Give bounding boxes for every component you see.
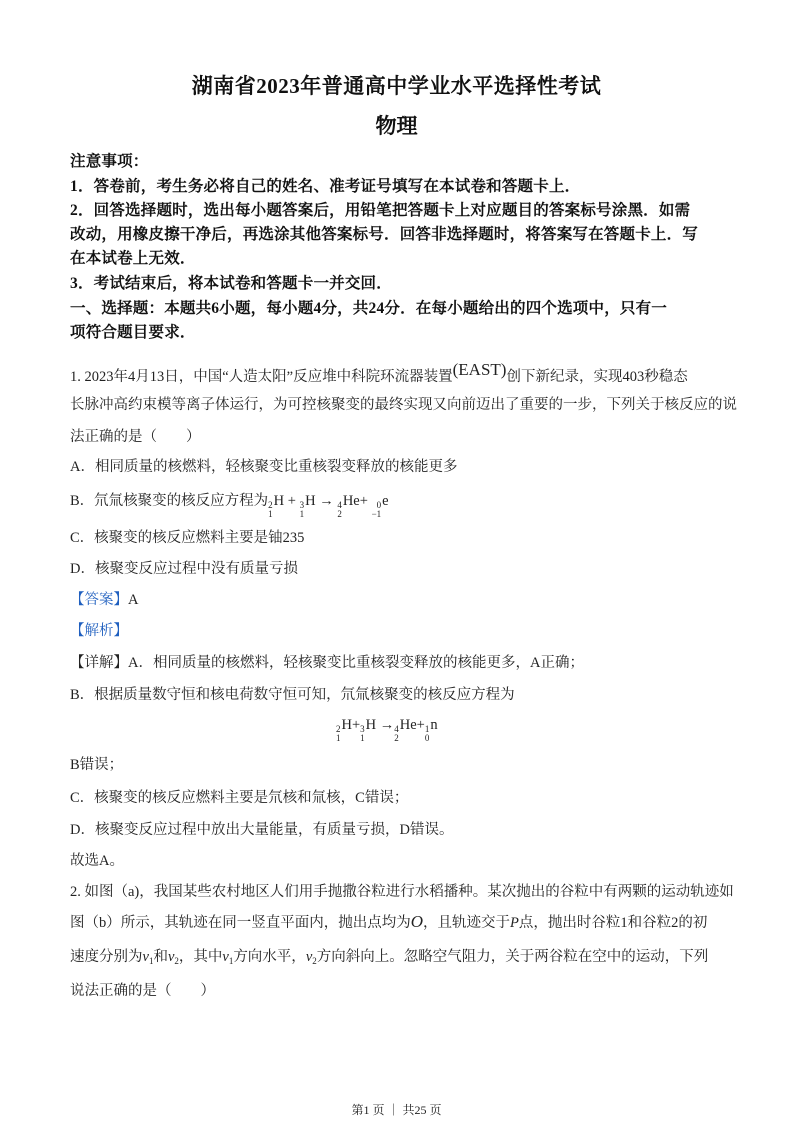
q1-option-a: A．相同质量的核燃料，轻核聚变比重核裂变释放的核能更多 bbox=[70, 455, 457, 476]
q2-line3: 速度分别为v1和v2，其中v1方向水平，v2方向斜向上。忽略空气阻力，关于两谷粒… bbox=[70, 945, 708, 966]
q1-stem-line2: 长脉冲高约束模等离子体运行，为可控核聚变的最终实现又向前迈出了重要的一步，下列关… bbox=[70, 393, 737, 414]
q1-equation: 21H+31H →42He+10n bbox=[336, 717, 438, 743]
point-p: P bbox=[510, 915, 519, 931]
nuclide-h3: 31 bbox=[300, 501, 305, 519]
nuclide-electron: 0−1 bbox=[372, 501, 382, 519]
nuclide-he4: 42 bbox=[337, 501, 342, 519]
q1-option-c: C．核聚变的核反应燃料主要是铀235 bbox=[70, 526, 304, 547]
q1-option-d: D．核聚变反应过程中没有质量亏损 bbox=[70, 557, 298, 578]
point-o: O bbox=[411, 912, 423, 931]
q1-stem-part2: 创下新纪录，实现403秒稳态 bbox=[506, 369, 687, 385]
notice-item-1: 1．答卷前，考生务必将自己的姓名、准考证号填写在本试卷和答题卡上． bbox=[70, 174, 580, 196]
q1-b-wrong: B错误； bbox=[70, 753, 123, 774]
section-heading-cont: 项符合题目要求． bbox=[70, 320, 196, 342]
q1-detail-b: B．根据质量数守恒和核电荷数守恒可知，氘氚核聚变的核反应方程为 bbox=[70, 683, 515, 704]
notice-item-3: 3．考试结束后，将本试卷和答题卡一并交回． bbox=[70, 271, 392, 293]
q2-line4: 说法正确的是（ ） bbox=[70, 979, 215, 1000]
page-footer: 第1 页 ｜ 共25 页 bbox=[0, 1101, 793, 1118]
q1-answer: 【答案】A bbox=[70, 588, 138, 609]
answer-value: A bbox=[128, 592, 138, 608]
detail-tag: 【详解】 bbox=[70, 655, 128, 671]
exam-subject: 物理 bbox=[0, 110, 793, 140]
q1-detail-a: 【详解】A．相同质量的核燃料，轻核聚变比重核裂变释放的核能更多，A正确； bbox=[70, 651, 584, 672]
q2-line1: 2. 如图（a)，我国某些农村地区人们用手抛撒谷粒进行水稻播种。某次抛出的谷粒中… bbox=[70, 880, 734, 901]
notice-item-2-cont2: 在本试卷上无效． bbox=[70, 246, 196, 268]
notice-heading: 注意事项： bbox=[70, 149, 149, 171]
answer-tag: 【答案】 bbox=[70, 592, 128, 608]
q1-east-label: (EAST) bbox=[453, 360, 507, 379]
q1-conclusion: 故选A。 bbox=[70, 849, 124, 870]
q1-stem-part1: 1. 2023年4月13日，中国“人造太阳”反应堆中科院环流器装置 bbox=[70, 369, 453, 385]
notice-item-2-cont: 改动，用橡皮擦干净后，再选涂其他答案标号．回答非选择题时，将答案写在答题卡上．写 bbox=[70, 222, 698, 244]
exam-title: 湖南省2023年普通高中学业水平选择性考试 bbox=[0, 70, 793, 100]
q1-detail-d: D．核聚变反应过程中放出大量能量，有质量亏损，D错误。 bbox=[70, 818, 453, 839]
q2-line2: 图（b）所示，其轨迹在同一竖直平面内，抛出点均为O，且轨迹交于P点，抛出时谷粒1… bbox=[70, 911, 707, 932]
q1-stem-line3: 法正确的是（ ） bbox=[70, 425, 201, 446]
q1-stem-line1: 1. 2023年4月13日，中国“人造太阳”反应堆中科院环流器装置(EAST)创… bbox=[70, 360, 688, 386]
notice-item-2: 2．回答选择题时，选出每小题答案后，用铅笔把答题卡上对应题目的答案标号涂黑．如需 bbox=[70, 198, 690, 220]
q1-option-b: B．氘氚核聚变的核反应方程为21H + 31H → 42He+ 0−1e bbox=[70, 489, 389, 519]
analysis-tag: 【解析】 bbox=[70, 619, 128, 640]
section-heading: 一、选择题：本题共6小题，每小题4分，共24分．在每小题给出的四个选项中，只有一 bbox=[70, 296, 667, 318]
q1-detail-c: C．核聚变的核反应燃料主要是氘核和氚核，C错误； bbox=[70, 786, 408, 807]
nuclide-h2: 21 bbox=[268, 501, 273, 519]
arrow-icon: → bbox=[316, 493, 338, 509]
q1-option-b-text: B．氘氚核聚变的核反应方程为 bbox=[70, 493, 268, 509]
